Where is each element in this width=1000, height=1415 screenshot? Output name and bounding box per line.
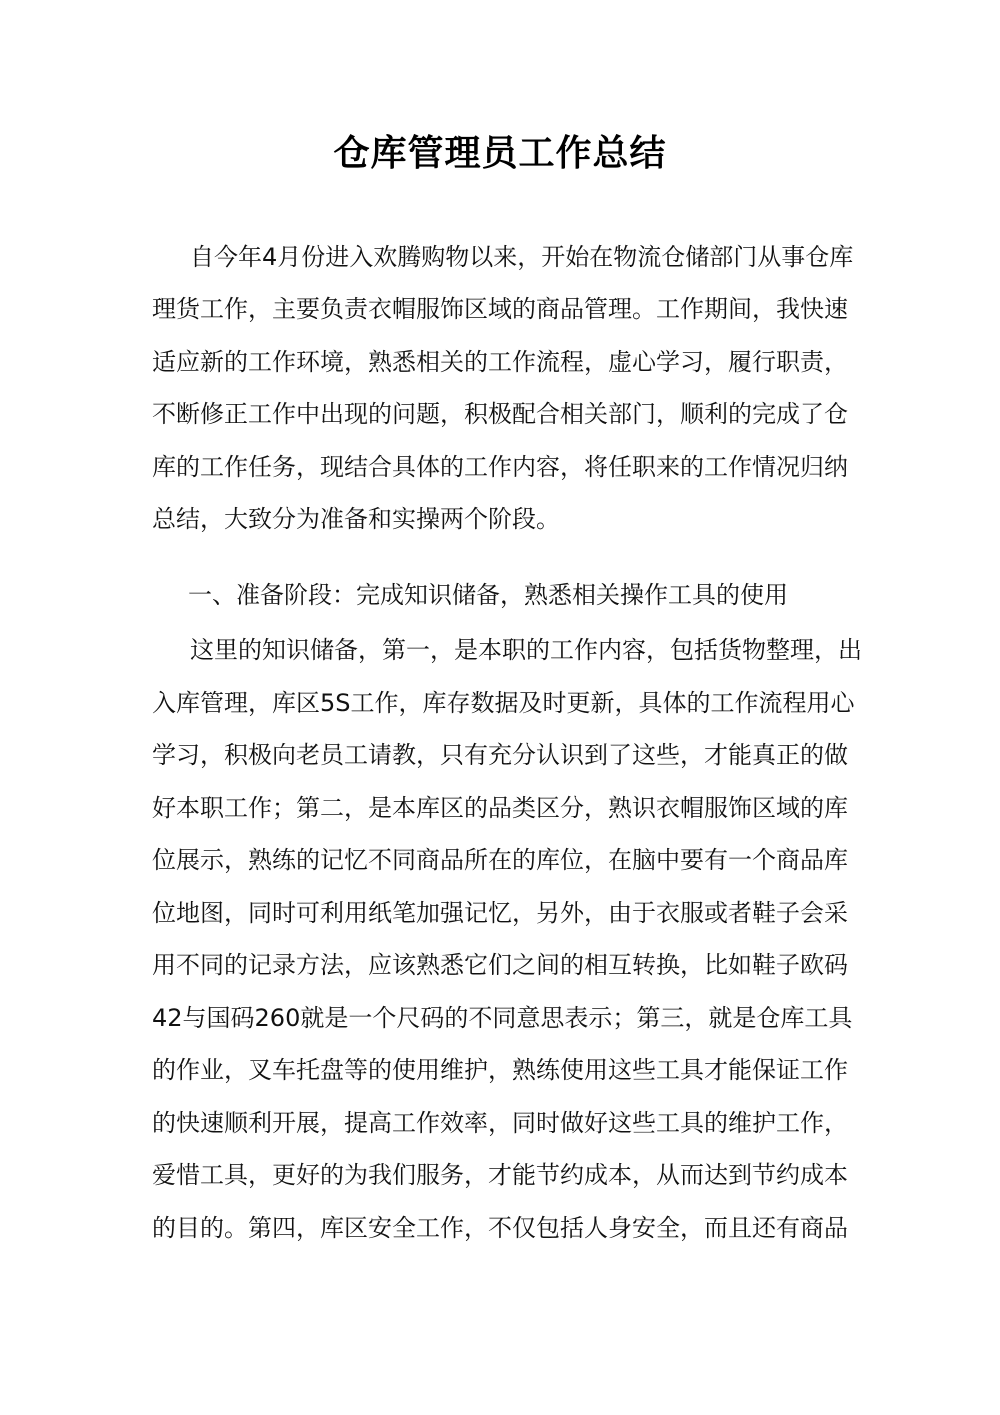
paragraph-line: 用不同的记录方法，应该熟悉它们之间的相互转换，比如鞋子欧码 <box>152 948 848 982</box>
paragraph-line: 适应新的工作环境，熟悉相关的工作流程，虚心学习，履行职责， <box>152 345 848 379</box>
paragraph-line: 好本职工作；第二，是本库区的品类区分，熟识衣帽服饰区域的库 <box>152 791 848 825</box>
paragraph-line: 不断修正工作中出现的问题，积极配合相关部门，顺利的完成了仓 <box>152 397 848 431</box>
document-title: 仓库管理员工作总结 <box>0 130 1000 178</box>
paragraph-line: 自今年4月份进入欢腾购物以来，开始在物流仓储部门从事仓库 <box>190 240 848 274</box>
paragraph-line: 理货工作，主要负责衣帽服饰区域的商品管理。工作期间，我快速 <box>152 292 848 326</box>
document-page: 仓库管理员工作总结 自今年4月份进入欢腾购物以来，开始在物流仓储部门从事仓库 理… <box>0 0 1000 1415</box>
paragraph-line: 库的工作任务，现结合具体的工作内容，将任职来的工作情况归纳 <box>152 450 848 484</box>
paragraph-line: 位地图，同时可利用纸笔加强记忆，另外，由于衣服或者鞋子会采 <box>152 896 848 930</box>
paragraph-line: 位展示，熟练的记忆不同商品所在的库位，在脑中要有一个商品库 <box>152 843 848 877</box>
paragraph-line: 这里的知识储备，第一，是本职的工作内容，包括货物整理，出 <box>190 633 848 667</box>
paragraph-line: 学习，积极向老员工请教，只有充分认识到了这些，才能真正的做 <box>152 738 848 772</box>
paragraph-line: 的快速顺利开展，提高工作效率，同时做好这些工具的维护工作， <box>152 1106 848 1140</box>
section-heading: 一、准备阶段：完成知识储备，熟悉相关操作工具的使用 <box>188 578 788 612</box>
paragraph-line: 爱惜工具，更好的为我们服务，才能节约成本，从而达到节约成本 <box>152 1158 848 1192</box>
paragraph-line: 42与国码260就是一个尺码的不同意思表示；第三，就是仓库工具 <box>152 1001 848 1035</box>
paragraph-line: 入库管理，库区5S工作，库存数据及时更新，具体的工作流程用心 <box>152 686 848 720</box>
paragraph-line: 总结，大致分为准备和实操两个阶段。 <box>152 502 848 536</box>
paragraph-line: 的目的。第四，库区安全工作，不仅包括人身安全，而且还有商品 <box>152 1211 848 1245</box>
paragraph-line: 的作业，叉车托盘等的使用维护，熟练使用这些工具才能保证工作 <box>152 1053 848 1087</box>
